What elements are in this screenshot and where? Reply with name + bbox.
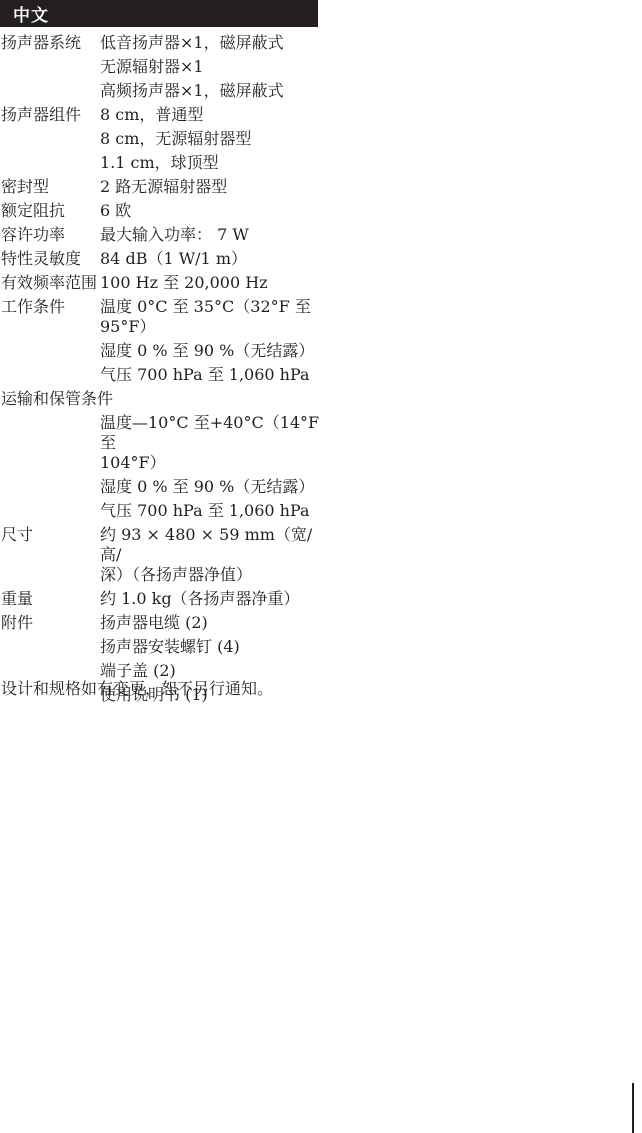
spec-sheet-page: 中文 扬声器系统 低音扬声器×1，磁屏蔽式 无源辐射器×1 高频扬声器×1，磁屏… (0, 0, 642, 1133)
spec-row-dimensions: 尺寸 约 93 × 480 × 59 mm（宽/高/ 深）（各扬声器净值） (1, 525, 333, 589)
spec-row-operating-conditions: 工作条件 温度 0°C 至 35°C（32°F 至 95°F） 湿度 0 % 至… (1, 297, 333, 389)
spec-value-line: 约 93 × 480 × 59 mm（宽/高/ 深）（各扬声器净值） (100, 525, 333, 585)
spec-values: 2 路无源辐射器型 (100, 177, 333, 201)
spec-value-line: 84 dB（1 W/1 m） (100, 249, 333, 269)
spec-row-enclosure: 密封型 2 路无源辐射器型 (1, 177, 333, 201)
spec-label: 尺寸 (1, 525, 100, 589)
spec-value-line: 最大输入功率： 7 W (100, 225, 333, 245)
spec-label: 扬声器组件 (1, 105, 100, 177)
spec-label: 工作条件 (1, 297, 100, 389)
spec-label: 扬声器系统 (1, 33, 100, 105)
spec-value-line: 1.1 cm，球顶型 (100, 153, 333, 173)
spec-values: 8 cm，普通型 8 cm，无源辐射器型 1.1 cm，球顶型 (100, 105, 333, 177)
spec-value-line: 2 路无源辐射器型 (100, 177, 333, 197)
spec-value-line: 8 cm，普通型 (100, 105, 333, 125)
spec-value-line: 约 1.0 kg（各扬声器净重） (100, 589, 333, 609)
spec-value-line: 温度—10°C 至+40°C（14°F 至 104°F） (100, 413, 333, 473)
section-header-bar: 中文 (0, 0, 318, 27)
spec-value-line: 高频扬声器×1，磁屏蔽式 (100, 81, 333, 101)
spec-label: 重量 (1, 589, 100, 613)
spec-label: 有效频率范围 (1, 273, 100, 297)
spec-values: 最大输入功率： 7 W (100, 225, 333, 249)
spec-values: 84 dB（1 W/1 m） (100, 249, 333, 273)
spec-value-line: 气压 700 hPa 至 1,060 hPa (100, 501, 333, 521)
spec-row-speaker-system: 扬声器系统 低音扬声器×1，磁屏蔽式 无源辐射器×1 高频扬声器×1，磁屏蔽式 (1, 33, 333, 105)
spec-value-line: 温度 0°C 至 35°C（32°F 至 95°F） (100, 297, 333, 337)
spec-label: 特性灵敏度 (1, 249, 100, 273)
spec-row-impedance: 额定阻抗 6 欧 (1, 201, 333, 225)
spec-values: 低音扬声器×1，磁屏蔽式 无源辐射器×1 高频扬声器×1，磁屏蔽式 (100, 33, 333, 105)
spec-value-line: 气压 700 hPa 至 1,060 hPa (100, 365, 333, 385)
section-title: 中文 (0, 1, 49, 26)
spec-values: 温度 0°C 至 35°C（32°F 至 95°F） 湿度 0 % 至 90 %… (100, 297, 333, 389)
spec-value-line: 扬声器电缆 (2) (100, 613, 333, 633)
spec-value-line: 湿度 0 % 至 90 %（无结露） (100, 477, 333, 497)
spec-values: 温度—10°C 至+40°C（14°F 至 104°F） 湿度 0 % 至 90… (100, 413, 333, 521)
spec-list: 扬声器系统 低音扬声器×1，磁屏蔽式 无源辐射器×1 高频扬声器×1，磁屏蔽式 … (1, 33, 333, 709)
spec-label: 额定阻抗 (1, 201, 100, 225)
spec-value-line: 湿度 0 % 至 90 %（无结露） (100, 341, 333, 361)
spec-value-line: 端子盖 (2) (100, 661, 333, 681)
spec-value-line: 100 Hz 至 20,000 Hz (100, 273, 333, 293)
spec-values: 约 93 × 480 × 59 mm（宽/高/ 深）（各扬声器净值） (100, 525, 333, 589)
spec-value-line: 低音扬声器×1，磁屏蔽式 (100, 33, 333, 53)
spec-value-line: 扬声器安装螺钉 (4) (100, 637, 333, 657)
spec-row-frequency-range: 有效频率范围 100 Hz 至 20,000 Hz (1, 273, 333, 297)
spec-values: 约 1.0 kg（各扬声器净重） (100, 589, 333, 613)
spec-row-transport-storage-conditions: 运输和保管条件 温度—10°C 至+40°C（14°F 至 104°F） 湿度 … (1, 389, 333, 521)
spec-row-power-handling: 容许功率 最大输入功率： 7 W (1, 225, 333, 249)
spec-value-line: 6 欧 (100, 201, 333, 221)
spec-row-mass: 重量 约 1.0 kg（各扬声器净重） (1, 589, 333, 613)
page-edge-crop-mark (632, 1083, 634, 1133)
spec-label: 容许功率 (1, 225, 100, 249)
spec-label: 密封型 (1, 177, 100, 201)
spec-values: 100 Hz 至 20,000 Hz (100, 273, 333, 297)
spec-values: 6 欧 (100, 201, 333, 225)
spec-value-line: 无源辐射器×1 (100, 57, 333, 77)
disclaimer-note: 设计和规格如有变更，恕不另行通知。 (1, 679, 273, 699)
spec-row-speaker-units: 扬声器组件 8 cm，普通型 8 cm，无源辐射器型 1.1 cm，球顶型 (1, 105, 333, 177)
spec-row-sensitivity: 特性灵敏度 84 dB（1 W/1 m） (1, 249, 333, 273)
spec-label: 运输和保管条件 (1, 389, 333, 409)
spec-value-line: 8 cm，无源辐射器型 (100, 129, 333, 149)
